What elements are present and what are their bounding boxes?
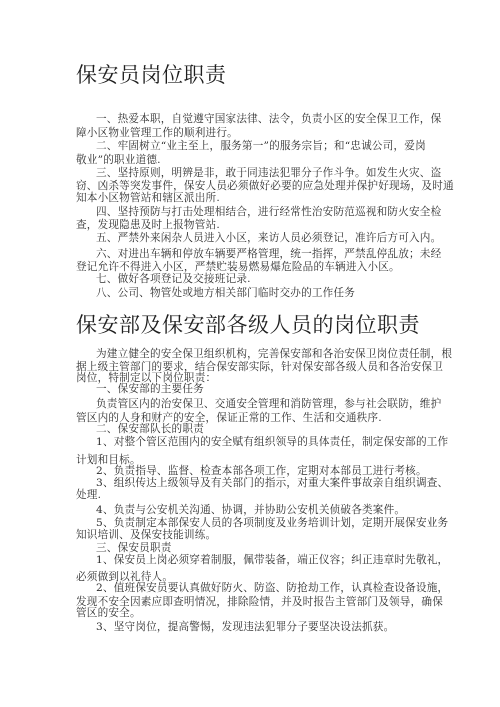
paragraph-line: 三、坚持原则，明辨是非，敢于同违法犯罪分子作斗争。如发生火灾、盗 [96,167,441,180]
paragraph-line: 管区的安全。 [76,607,141,620]
paragraph-line: 一、热爱本职，自觉遵守国家法律、法令，负责小区的安全保卫工作，保 [96,113,441,126]
paragraph-line: 六、对进出车辆和停放车辆要严格管理，统一指挥，严禁乱停乱放；未经 [96,248,441,261]
paragraph-line: 八、公司、物管处或地方相关部门临时交办的工作任务 [96,287,355,300]
paragraph-line: 3、组织传达上级领导及有关部门的指示，对重大案件事故亲自组织调查、 [96,477,448,490]
section-title-security-guard-duties: 保安员岗位职责 [76,62,227,88]
paragraph-line: 4、负责与公安机关沟通、协调，并协助公安机关侦破各类案件。 [96,504,405,517]
paragraph-line: 四、坚持预防与打击处理相结合，进行经常性治安防范巡视和防火安全检 [96,206,441,219]
paragraph-line: 知识培训、及保安技能训练。 [76,529,216,542]
paragraph-line: 七、做好各项登记及交接班记录. [96,273,251,286]
paragraph-line: 负责管区内的治安保卫、交通安全管理和消防管理，参与社会联防，维护 [96,398,441,411]
paragraph-line: 二、牢固树立“业主至上，服务第一”的服务宗旨；和“忠诚公司，爱岗 [96,140,426,153]
paragraph-line: 1、保安员上岗必须穿着制服，佩带装备，端正仪容；纠正违章时先敬礼， [96,554,448,567]
paragraph-line: 3、坚守岗位，提高警惕，发现违法犯罪分子要坚决设法抓获。 [96,621,394,634]
paragraph-line: 2、值班保安员要认真做好防火、防盗、防抢劫工作，认真检查设备设施， [96,582,448,595]
paragraph-line: 五、严禁外来闲杂人员进入小区，来访人员必须登记，准许后方可入内。 [96,232,441,245]
paragraph-line: 为建立健全的安全保卫组织机构，完善保安部和各治安保卫岗位责任制，根 [96,348,452,361]
paragraph-line: 敬业”的职业道德. [76,154,161,167]
section-title-security-dept-duties: 保安部及保安部各级人员的岗位职责 [76,312,420,338]
paragraph-line: 知本小区物管站和辖区派出所. [76,192,220,205]
paragraph-line: 1、对整个管区范围内的安全赋有组织领导的具体责任，制定保安部的工作 [96,436,448,449]
paragraph-line: 障小区物业管理工作的顺利进行。 [76,127,238,140]
paragraph-line: 处理. [76,489,101,502]
document-page: 保安员岗位职责 一、热爱本职，自觉遵守国家法律、法令，负责小区的安全保卫工作，保… [0,0,500,707]
paragraph-line: 查，发现隐患及时上报物管站. [76,219,220,232]
paragraph-line: 一、保安部的主要任务 [96,383,204,396]
paragraph-line: 二、保安部队长的职责 [96,423,204,436]
